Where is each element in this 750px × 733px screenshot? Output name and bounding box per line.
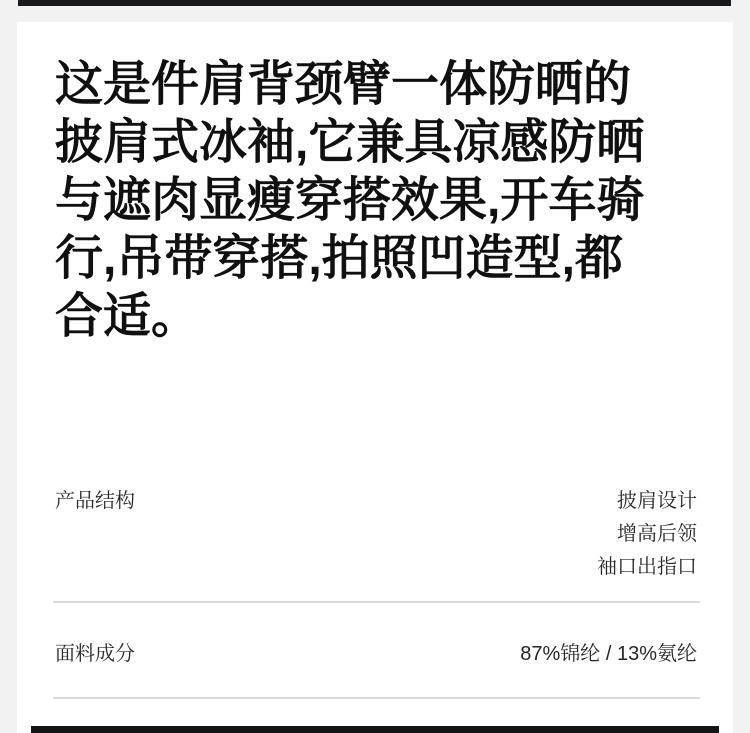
spec-value: 披肩设计	[597, 485, 697, 518]
previous-image-edge-bar	[18, 0, 731, 6]
headline-line: 合适。	[55, 288, 703, 346]
spec-label-fabric-composition: 面料成分	[55, 642, 135, 666]
spec-values-product-structure: 披肩设计 增高后领 袖口出指口	[597, 485, 697, 584]
spec-value: 增高后领	[597, 518, 697, 551]
product-detail-page: 这是件肩背颈臂一体防晒的 披肩式冰袖,它兼具凉感防晒 与遮肉显瘦穿搭效果,开车骑…	[0, 0, 750, 733]
product-headline: 这是件肩背颈臂一体防晒的 披肩式冰袖,它兼具凉感防晒 与遮肉显瘦穿搭效果,开车骑…	[55, 56, 703, 346]
headline-line: 披肩式冰袖,它兼具凉感防晒	[55, 114, 703, 172]
section-divider	[53, 697, 700, 699]
spec-label-product-structure: 产品结构	[55, 485, 135, 518]
spec-value-fabric-composition: 87%锦纶 / 13%氨纶	[520, 642, 697, 666]
spec-value: 袖口出指口	[597, 551, 697, 584]
headline-line: 这是件肩背颈臂一体防晒的	[55, 56, 703, 114]
headline-line: 行,吊带穿搭,拍照凹造型,都	[55, 230, 703, 288]
next-image-edge-bar	[31, 726, 719, 733]
section-divider	[53, 601, 700, 603]
product-description-card: 这是件肩背颈臂一体防晒的 披肩式冰袖,它兼具凉感防晒 与遮肉显瘦穿搭效果,开车骑…	[17, 22, 733, 733]
spec-row-fabric-composition: 面料成分 87%锦纶 / 13%氨纶	[55, 642, 697, 666]
spec-row-product-structure: 产品结构 披肩设计 增高后领 袖口出指口	[55, 485, 697, 584]
headline-line: 与遮肉显瘦穿搭效果,开车骑	[55, 172, 703, 230]
